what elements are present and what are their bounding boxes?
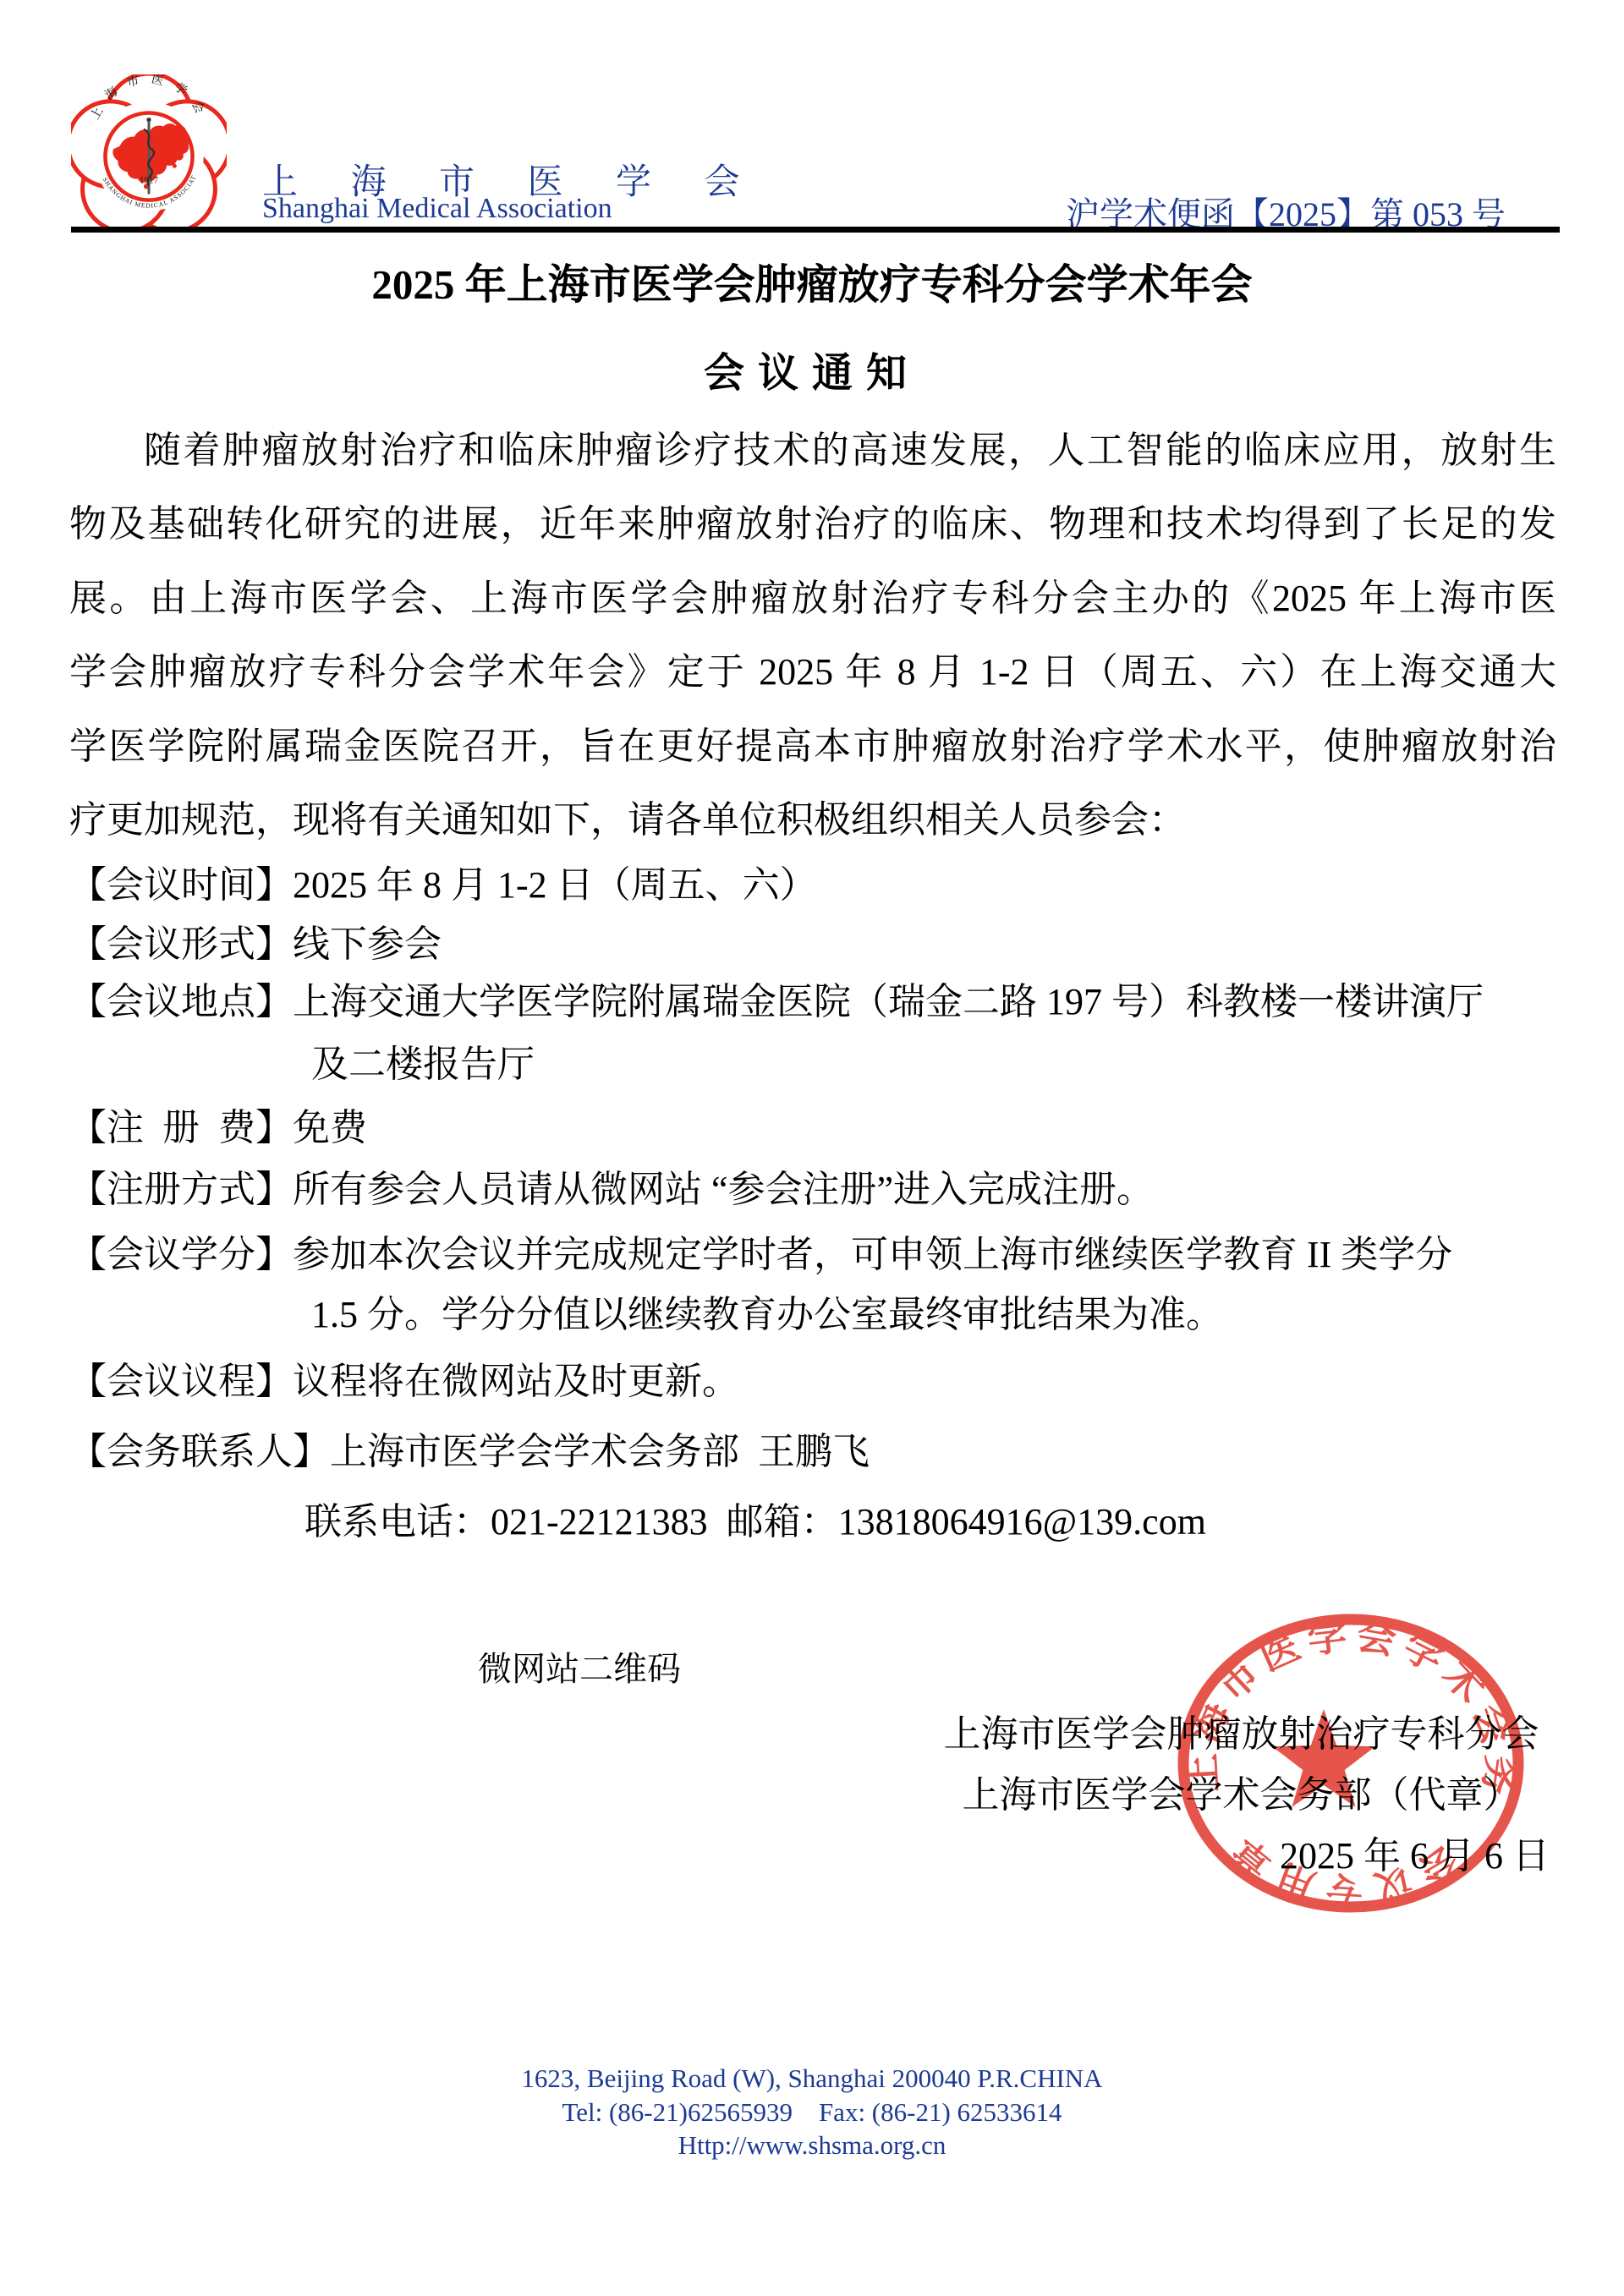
signature-date: 2025 年 6 月 6 日 — [926, 1826, 1556, 1887]
logo-taiwan-island — [173, 164, 177, 168]
item-meeting-agenda: 【会议议程】议程将在微网站及时更新。 — [69, 1358, 739, 1406]
item-meeting-credits: 【会议学分】参加本次会议并完成规定学时者，可申领上海市继续医学教育 II 类学分 — [69, 1231, 1452, 1279]
document-subtitle: 会议通知 — [0, 340, 1624, 398]
item-text: 所有参会人员请从微网站 “参会注册”进入完成注册。 — [293, 1169, 1154, 1210]
item-label: 【会议形式】 — [69, 923, 293, 965]
signature-org-line1: 上海市医学会肿瘤放射治疗专科分会 — [926, 1704, 1556, 1765]
paragraph-line: 物及基础转化研究的进展，近年来肿瘤放射治疗的临床、物理和技术均得到了长足的发 — [69, 487, 1556, 561]
item-text: 线下参会 — [293, 923, 442, 965]
paragraph-line: 学医学院附属瑞金医院召开，旨在更好提高本市肿瘤放射治疗学术水平，使肿瘤放射治 — [69, 710, 1556, 783]
logo-year: 1917 — [140, 175, 159, 185]
item-text: 2025 年 8 月 1-2 日（周五、六） — [293, 864, 817, 906]
document-title: 2025 年上海市医学会肿瘤放疗专科分会学术年会 — [0, 252, 1624, 311]
signature-org-line2: 上海市医学会学术会务部（代章） — [926, 1765, 1556, 1826]
shanghai-medical-association-logo-icon: 上海市医学会 SHANGHAI MEDICAL ASSOCIATION 1917 — [71, 74, 227, 232]
item-meeting-venue-continued: 及二楼报告厅 — [69, 1041, 535, 1088]
item-label: 【会议时间】 — [69, 864, 293, 906]
org-name-english: Shanghai Medical Association — [262, 193, 612, 225]
intro-paragraph: 随着肿瘤放射治疗和临床肿瘤诊疗技术的高速发展，人工智能的临床应用，放射生 物及基… — [69, 414, 1556, 857]
item-contact-details: 联系电话：021-22121383 邮箱：13818064916@139.com — [69, 1499, 1206, 1546]
qr-code-label: 微网站二维码 — [478, 1642, 681, 1690]
footer-tel-fax: Tel: (86-21)62565939 Fax: (86-21) 625336… — [0, 2097, 1624, 2128]
item-registration-fee: 【注 册 费】免费 — [69, 1104, 367, 1152]
item-label: 【会议地点】 — [69, 981, 293, 1022]
signature-block: 上海市医学会肿瘤放射治疗专科分会 上海市医学会学术会务部（代章） 2025 年 … — [926, 1704, 1556, 1887]
document-page: 上海市医学会 SHANGHAI MEDICAL ASSOCIATION 1917… — [0, 0, 1624, 2296]
item-contact-person: 【会务联系人】上海市医学会学术会务部 王鹏飞 — [69, 1428, 870, 1476]
paragraph-line: 展。由上海市医学会、上海市医学会肿瘤放射治疗专科分会主办的《2025 年上海市医 — [69, 562, 1556, 635]
item-label: 【会议学分】 — [69, 1234, 293, 1275]
item-label: 【注册方式】 — [69, 1169, 293, 1210]
item-meeting-time: 【会议时间】2025 年 8 月 1-2 日（周五、六） — [69, 862, 817, 909]
item-text: 上海交通大学医学院附属瑞金医院（瑞金二路 197 号）科教楼一楼讲演厅 — [293, 981, 1484, 1022]
item-label: 【会议议程】 — [69, 1361, 293, 1402]
item-text: 上海市医学会学术会务部 王鹏飞 — [330, 1431, 870, 1472]
footer-website: Http://www.shsma.org.cn — [0, 2130, 1624, 2161]
item-text: 议程将在微网站及时更新。 — [293, 1361, 739, 1402]
paragraph-line: 随着肿瘤放射治疗和临床肿瘤诊疗技术的高速发展，人工智能的临床应用，放射生 — [69, 414, 1556, 487]
item-meeting-venue: 【会议地点】上海交通大学医学院附属瑞金医院（瑞金二路 197 号）科教楼一楼讲演… — [69, 978, 1484, 1026]
item-text: 参加本次会议并完成规定学时者，可申领上海市继续医学教育 II 类学分 — [293, 1234, 1452, 1275]
item-meeting-format: 【会议形式】线下参会 — [69, 921, 442, 968]
item-registration-method: 【注册方式】所有参会人员请从微网站 “参会注册”进入完成注册。 — [69, 1166, 1154, 1214]
letterhead-divider — [71, 227, 1560, 233]
paragraph-line: 学会肿瘤放疗专科分会学术年会》定于 2025 年 8 月 1-2 日（周五、六）… — [69, 635, 1556, 709]
paragraph-line: 疗更加规范，现将有关通知如下，请各单位积极组织相关人员参会： — [69, 783, 1556, 857]
footer-address: 1623, Beijing Road (W), Shanghai 200040 … — [0, 2063, 1624, 2094]
item-text: 及二楼报告厅 — [311, 1044, 535, 1085]
item-text: 1.5 分。学分分值以继续教育办公室最终审批结果为准。 — [311, 1294, 1223, 1335]
item-label: 【注 册 费】 — [69, 1107, 293, 1148]
item-text: 免费 — [293, 1107, 367, 1148]
item-text: 联系电话：021-22121383 邮箱：13818064916@139.com — [304, 1501, 1206, 1543]
item-meeting-credits-continued: 1.5 分。学分分值以继续教育办公室最终审批结果为准。 — [69, 1291, 1223, 1339]
item-label: 【会务联系人】 — [69, 1431, 330, 1472]
